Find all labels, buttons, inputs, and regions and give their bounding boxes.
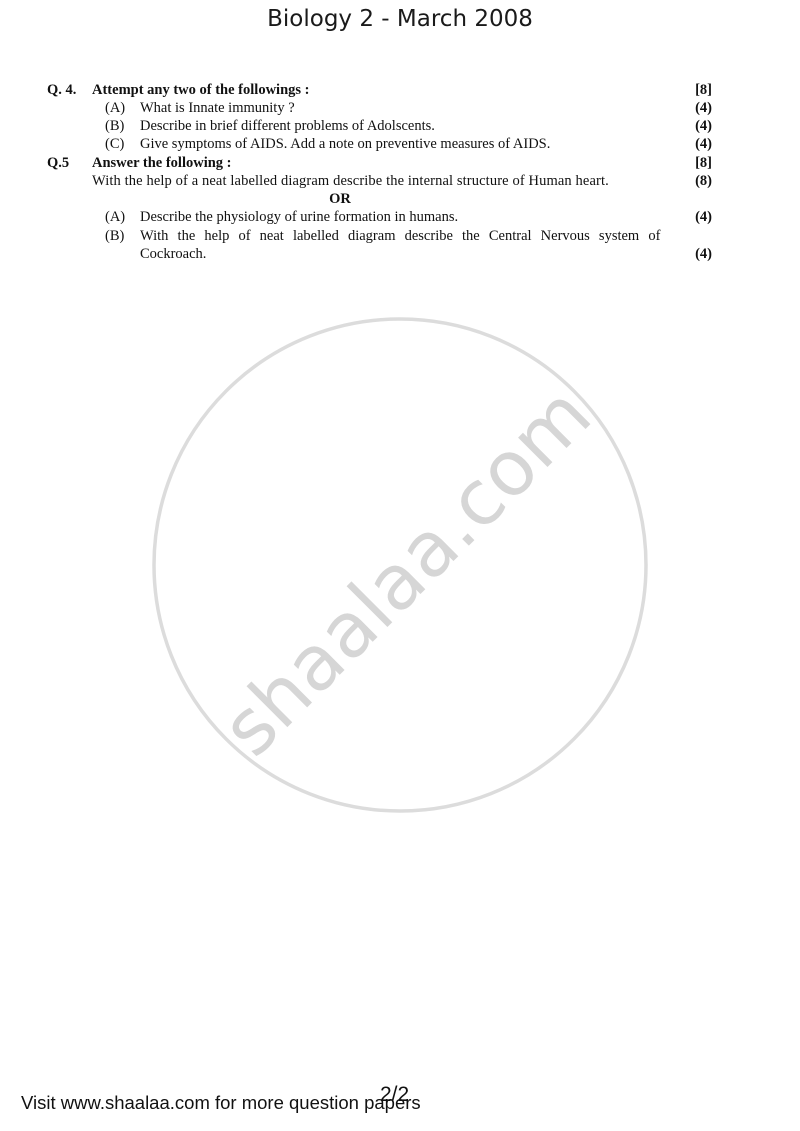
footer-promo-text: Visit www.shaalaa.com for more question … (21, 1092, 421, 1114)
watermark-text: shaalaa.com (204, 369, 608, 773)
watermark: shaalaa.com (0, 0, 800, 1131)
page-number: 2/2 (380, 1083, 409, 1107)
